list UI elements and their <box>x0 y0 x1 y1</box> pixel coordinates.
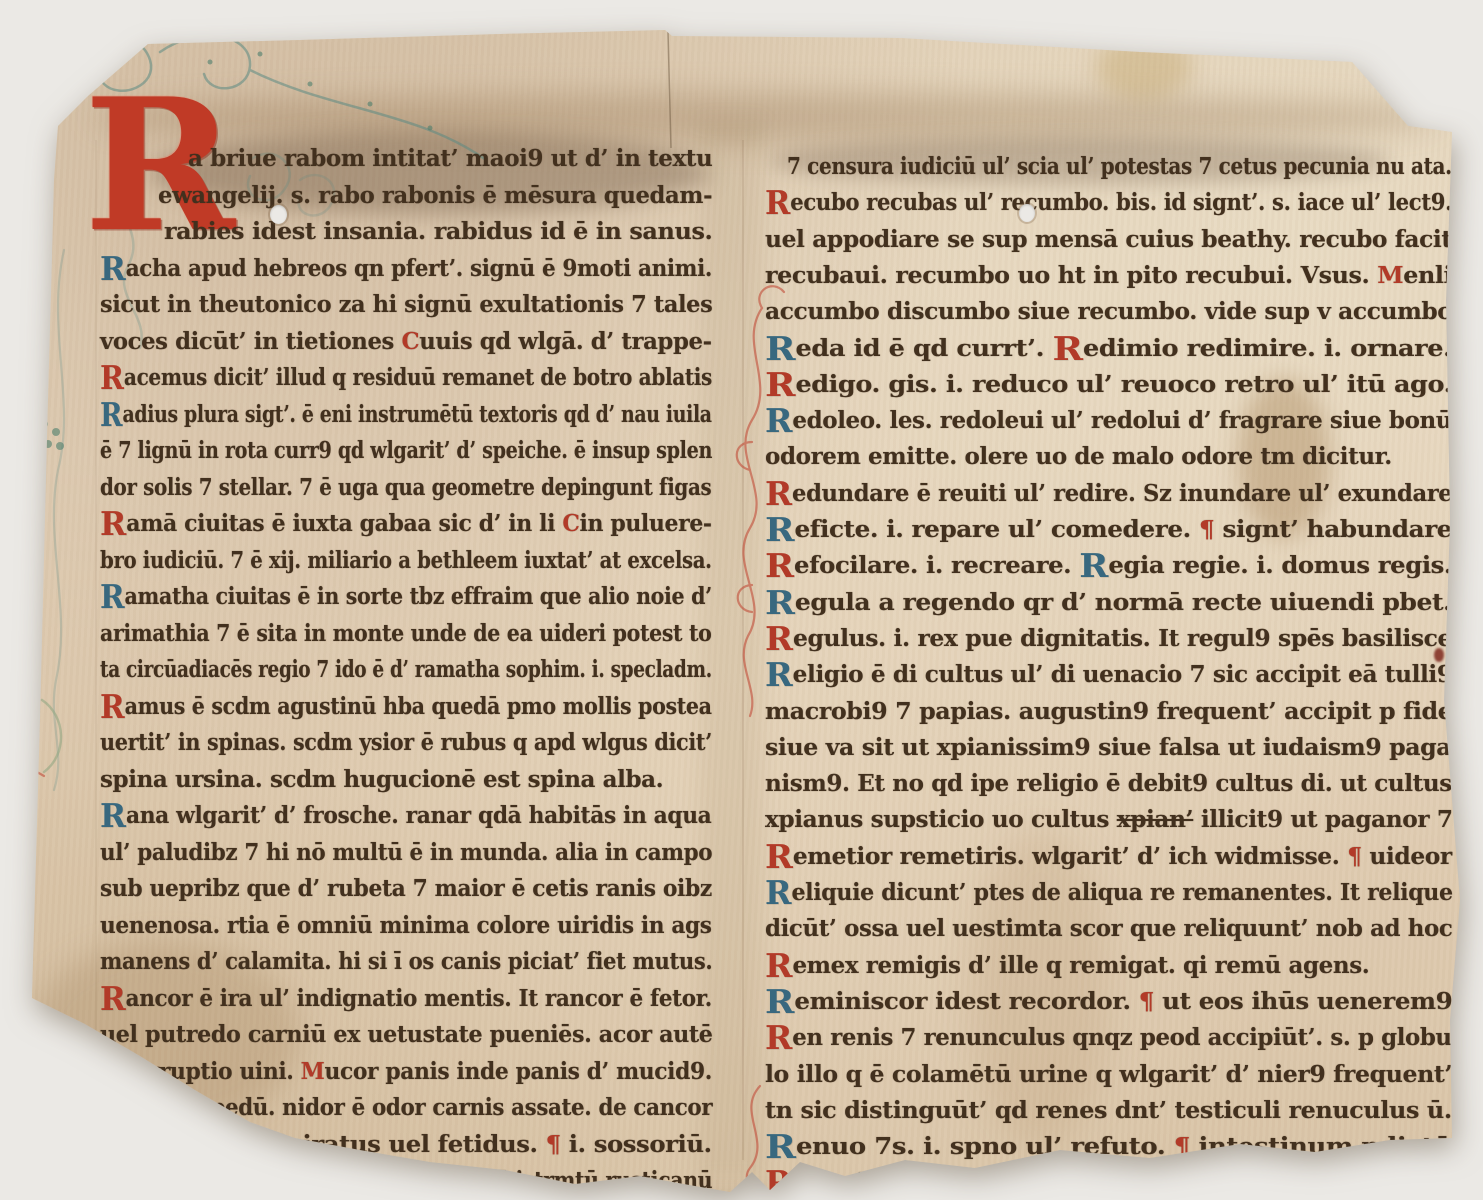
manuscript-line: Reminiscor idest recordor. ¶ ut eos ihūs… <box>765 984 1452 1020</box>
entry-initial: R <box>407 1161 431 1200</box>
text-segment: manens d’ calamita. hi si ī os canis pic… <box>100 948 712 975</box>
entry-initial: R <box>100 979 126 1018</box>
text-segment: bro iudiciū. 7 ē xij. miliario a bethlee… <box>100 547 712 574</box>
manuscript-line: Ramatha ciuitas ē in sorte tbz effraim q… <box>100 579 712 615</box>
text-segment: acha apud hebreos qn pfert’. signū ē 9mo… <box>126 255 712 282</box>
manuscript-line: Repandus id ē qd recuru9 cui9. s. curuat… <box>765 1165 1452 1200</box>
text-segment: egulus. i. rex pue dignitatis. It regul9… <box>793 625 1452 652</box>
text-segment: M <box>1377 262 1403 289</box>
text-segment: epandus id ē qd recuru9 cui9. s. curuata… <box>792 1169 1452 1196</box>
text-segment: xpianus supsticio uo cultus <box>765 806 1117 833</box>
manuscript-line: uertit’ in spinas. scdm ysior ē rubus q … <box>100 725 712 761</box>
entry-initial: R <box>765 619 793 658</box>
text-segment: ē 7 lignū in rota curr9 qd wlgarit’ d’ s… <box>100 437 712 464</box>
manuscript-line: uenenosa. rtia ē omniū minima colore uir… <box>100 908 712 944</box>
text-segment: uuis qd wlgā. d’ trappe- <box>419 328 711 355</box>
manuscript-line: i. celerit ul’ uiolent’. Rastrū ē istrmt… <box>172 1163 712 1199</box>
manuscript-line: lo illo q ē colamētū urine q wlgarit’ d’… <box>765 1057 1452 1093</box>
manuscript-photo: R a briue rabom intitat’ maoi9 ut d’ in … <box>0 0 1483 1200</box>
entry-initial: R <box>765 401 792 440</box>
text-segment: sicut in theutonico za hi signū exultati… <box>100 291 712 318</box>
manuscript-line: ut rancidus. i. iratus uel fetidus. ¶ i.… <box>110 1127 712 1163</box>
manuscript-line: a briue rabom intitat’ maoi9 ut d’ in te… <box>188 141 712 177</box>
text-segment: a briue rabom intitat’ maoi9 ut d’ in te… <box>188 145 712 172</box>
text-segment: amus ē scdm agustinū hba quedā pmo molli… <box>125 693 712 720</box>
manuscript-line: Reficte. i. repare ul’ comedere. ¶ signt… <box>765 512 1452 548</box>
manuscript-line: odorem emitte. olere uo de malo odore tm… <box>765 439 1392 475</box>
manuscript-line: Rancor ē ira ul’ indignatio mentis. It r… <box>100 981 712 1017</box>
text-segment: ut rancidus. i. iratus uel fetidus. <box>110 1131 546 1158</box>
text-segment: ¶ <box>1347 843 1361 870</box>
text-segment: eliquie dicunt’ ptes de aliqua re remane… <box>791 879 1452 906</box>
manuscript-line: Radius plura sigt’. ē eni instrumētū tex… <box>100 397 712 433</box>
text-segment: uideor <box>1362 843 1452 870</box>
text-segment: ewangelij. s. rabo rabonis ē mēsura qued… <box>158 182 712 209</box>
entry-initial: R <box>1053 329 1084 368</box>
text-segment: edoleo. les. redoleui ul’ redolui d’ fra… <box>792 407 1452 434</box>
manuscript-line: dor ē fetor pedū. nidor ē odor carnis as… <box>80 1090 712 1126</box>
manuscript-line: macrobi9 7 papias. augustin9 frequent’ a… <box>765 694 1452 730</box>
text-segment: rabies idest insania. rabidus id ē in sa… <box>164 218 712 245</box>
text-segment: enli <box>1403 262 1452 289</box>
text-segment: uel appodiare se sup mensā cuius beathy.… <box>765 226 1452 253</box>
entry-initial: R <box>765 510 794 549</box>
text-segment: C <box>402 328 420 355</box>
entry-initial: R <box>765 183 790 222</box>
manuscript-line: ē corruptio uini. Mucor panis inde panis… <box>100 1054 712 1090</box>
text-segment: uel putredo carniū ex uetustate pueniēs.… <box>100 1021 713 1048</box>
text-segment: M <box>301 1058 325 1085</box>
text-segment: ē corruptio uini. <box>100 1058 301 1085</box>
text-segment: amā ciuitas ē iuxta gabaa sic d’ in li <box>126 510 562 537</box>
text-segment: lo illo q ē colamētū urine q wlgarit’ d’… <box>765 1061 1452 1088</box>
text-segment: ecubo recubas ul’ recumbo. bis. id signt… <box>790 189 1452 216</box>
manuscript-line: Remetior remetiris. wlgarit’ d’ ich widm… <box>765 839 1452 875</box>
text-segment: xpian’ <box>1117 806 1193 833</box>
manuscript-line: Racha apud hebreos qn pfert’. signū ē 9m… <box>100 251 712 287</box>
manuscript-line: rabies idest insania. rabidus id ē in sa… <box>164 214 712 250</box>
entry-initial: R <box>100 358 124 397</box>
text-segment: egula a regendo qr d’ normā recte uiuend… <box>795 589 1452 616</box>
manuscript-line: Renuo 7s. i. spno ul’ refuto. ¶ intestin… <box>765 1129 1452 1165</box>
text-segment: efocilare. i. recreare. <box>794 552 1079 579</box>
manuscript-line: Redoleo. les. redoleui ul’ redolui d’ fr… <box>765 403 1452 439</box>
entry-initial: R <box>1079 546 1108 585</box>
entry-initial: R <box>100 796 126 835</box>
manuscript-line: dicūt’ ossa uel uestimta scor que reliqu… <box>765 911 1452 947</box>
manuscript-line: sicut in theutonico za hi signū exultati… <box>100 287 712 323</box>
manuscript-line: Religio ē di cultus ul’ di uenacio 7 sic… <box>765 657 1453 693</box>
wormhole <box>270 205 287 224</box>
text-segment: adius plura sigt’. ē eni instrumētū text… <box>122 401 711 428</box>
entry-initial: R <box>765 982 794 1021</box>
text-segment: i. sossoriū. <box>561 1131 712 1158</box>
text-segment: acemus dicit’ illud q residuū remanet de… <box>124 364 712 391</box>
manuscript-line: nism9. Et no qd ipe religio ē debit9 cul… <box>765 766 1452 802</box>
text-segment: in puluere- <box>579 510 711 537</box>
manuscript-line: ewangelij. s. rabo rabonis ē mēsura qued… <box>158 178 712 214</box>
text-segment: amatha ciuitas ē in sorte tbz effraim qu… <box>125 583 712 610</box>
text-segment: ana wlgarit’ d’ frosche. ranar qdā habit… <box>126 802 711 829</box>
manuscript-line: ul’ paludibz 7 hi nō multū ē in munda. a… <box>100 835 712 871</box>
text-segment: edimio redimire. i. ornare. <box>1083 335 1451 362</box>
text-segment: nism9. Et no qd ipe religio ē debit9 cul… <box>765 770 1452 797</box>
manuscript-line: Remex remigis d’ ille q remigat. qi remū… <box>765 948 1369 984</box>
manuscript-line: sub uepribz que d’ rubeta 7 maior ē ceti… <box>100 871 712 907</box>
wormhole <box>1019 204 1035 222</box>
entry-initial: R <box>100 687 125 726</box>
text-segment: astrū ē istrmtū rusticanū <box>431 1167 712 1194</box>
text-segment: ¶ <box>1174 1133 1190 1160</box>
manuscript-line: accumbo discumbo siue recumbo. vide sup … <box>765 294 1452 330</box>
entry-initial: R <box>765 655 793 694</box>
text-segment: tn sic distinguūt’ qd renes dnt’ testicu… <box>765 1097 1452 1124</box>
entry-initial: R <box>765 1018 792 1057</box>
text-segment: emex remigis d’ ille q remigat. qi remū … <box>792 952 1369 979</box>
text-segment: ¶ <box>1199 516 1214 543</box>
text-segment: dor ē fetor pedū. nidor ē odor carnis as… <box>80 1094 712 1121</box>
manuscript-line: tn sic distinguūt’ qd renes dnt’ testicu… <box>765 1093 1452 1129</box>
text-segment: dicūt’ ossa uel uestimta scor que reliqu… <box>765 915 1452 942</box>
text-segment: eminiscor idest recordor. <box>794 988 1138 1015</box>
text-segment: eligio ē di cultus ul’ di uenacio 7 sic … <box>793 661 1453 688</box>
text-segment: edundare ē reuiti ul’ redire. Sz inundar… <box>792 480 1452 507</box>
manuscript-line: Ramā ciuitas ē iuxta gabaa sic d’ in li … <box>100 506 712 542</box>
text-segment: signt’ habundare <box>1214 516 1452 543</box>
manuscript-line: manens d’ calamita. hi si ī os canis pic… <box>100 944 712 980</box>
text-segment: edigo. gis. i. reduco ul’ reuoco retro u… <box>795 371 1452 398</box>
manuscript-line: uel appodiare se sup mensā cuius beathy.… <box>765 222 1452 258</box>
text-segment: intestinum pdictū <box>1190 1133 1452 1160</box>
text-segment: dor solis 7 stellar. 7 ē uga qua geometr… <box>100 474 711 501</box>
text-segment: siue va sit ut xpianissim9 siue falsa ut… <box>765 734 1451 761</box>
entry-initial: R <box>100 395 122 434</box>
manuscript-line: siue va sit ut xpianissim9 siue falsa ut… <box>765 730 1451 766</box>
manuscript-line: spina ursina. scdm hugucionē est spina a… <box>100 762 663 798</box>
text-segment: eda id ē qd currt’. <box>796 335 1053 362</box>
manuscript-line: Ramus ē scdm agustinū hba quedā pmo moll… <box>100 689 712 725</box>
manuscript-line: Redigo. gis. i. reduco ul’ reuoco retro … <box>765 367 1452 403</box>
text-segment: enuo 7s. i. spno ul’ refuto. <box>796 1133 1174 1160</box>
text-segment: accumbo discumbo siue recumbo. vide sup … <box>765 298 1452 325</box>
entry-initial: R <box>765 474 792 513</box>
entry-initial: R <box>765 873 791 912</box>
manuscript-line: bro iudiciū. 7 ē xij. miliario a bethlee… <box>100 543 712 579</box>
text-segment: illicit9 ut paganor 7 <box>1193 806 1452 833</box>
text-segment: sub uepribz que d’ rubeta 7 maior ē ceti… <box>100 875 712 902</box>
manuscript-line: Regula a regendo qr d’ normā recte uiuen… <box>765 585 1451 621</box>
text-segment: spina ursina. scdm hugucionē est spina a… <box>100 766 663 793</box>
entry-initial: R <box>765 1163 792 1200</box>
text-segment: uenenosa. rtia ē omniū minima colore uir… <box>100 912 712 939</box>
text-segment: egia regie. i. domus regis. <box>1108 552 1452 579</box>
manuscript-line: Racemus dicit’ illud q residuū remanet d… <box>100 360 712 396</box>
text-segment: recubaui. recumbo uo ht in pito recubui.… <box>765 262 1377 289</box>
text-segment: ancor ē ira ul’ indignatio mentis. It ra… <box>126 985 712 1012</box>
manuscript-line: voces dicūt’ in tietiones Cuuis qd wlgā.… <box>100 324 712 360</box>
entry-initial: R <box>765 583 795 622</box>
text-segment: en renis 7 renunculus qnqz peod accipiūt… <box>792 1024 1451 1051</box>
text-segment: ¶ <box>546 1131 561 1158</box>
entry-initial: R <box>765 946 792 985</box>
manuscript-line: dor solis 7 stellar. 7 ē uga qua geometr… <box>100 470 711 506</box>
manuscript-line: recubaui. recumbo uo ht in pito recubui.… <box>765 258 1452 294</box>
manuscript-line: uel putredo carniū ex uetustate pueniēs.… <box>100 1017 713 1053</box>
manuscript-line: 7 censura iudiciū ul’ scia ul’ potestas … <box>787 149 1452 185</box>
text-segment: ¶ <box>1139 988 1154 1015</box>
text-segment: arimathia 7 ē sita in monte unde de ea u… <box>100 620 711 647</box>
entry-initial: R <box>100 504 126 543</box>
entry-initial: R <box>765 837 793 876</box>
text-segment: ut eos ihūs uenerem9 <box>1154 988 1452 1015</box>
manuscript-line: Regulus. i. rex pue dignitatis. It regul… <box>765 621 1452 657</box>
entry-initial: R <box>100 249 126 288</box>
text-segment: eficte. i. repare ul’ comedere. <box>794 516 1198 543</box>
text-segment: C <box>562 510 579 537</box>
manuscript-line: Recubo recubas ul’ recumbo. bis. id sign… <box>765 185 1452 221</box>
manuscript-line: Reda id ē qd currt’. Redimio redimire. i… <box>765 331 1452 367</box>
text-segment: emetior remetiris. wlgarit’ d’ ich widmi… <box>793 843 1347 870</box>
manuscript-line: Reliquie dicunt’ ptes de aliqua re reman… <box>765 875 1453 911</box>
parchment-leaf-wrapper: R a briue rabom intitat’ maoi9 ut d’ in … <box>0 0 1483 1200</box>
manuscript-line: ē 7 lignū in rota curr9 qd wlgarit’ d’ s… <box>100 433 712 469</box>
manuscript-line: Rana wlgarit’ d’ frosche. ranar qdā habi… <box>100 798 711 834</box>
manuscript-line: ta circūadiacēs regio 7 ido ē d’ ramatha… <box>100 652 712 688</box>
manuscript-line: Refocilare. i. recreare. Regia regie. i.… <box>765 548 1452 584</box>
parchment-leaf: R a briue rabom intitat’ maoi9 ut d’ in … <box>0 0 1483 1200</box>
text-segment: 7 censura iudiciū ul’ scia ul’ potestas … <box>787 153 1452 180</box>
text-segment: voces dicūt’ in tietiones <box>100 328 402 355</box>
entry-initial: R <box>765 1127 796 1166</box>
text-segment: macrobi9 7 papias. augustin9 frequent’ a… <box>765 698 1452 725</box>
entry-initial: R <box>765 329 796 368</box>
entry-initial: R <box>100 577 125 616</box>
manuscript-line: Ren renis 7 renunculus qnqz peod accipiū… <box>765 1020 1452 1056</box>
text-segment: i. celerit ul’ uiolent’. <box>172 1167 407 1194</box>
text-segment: ucor panis inde panis d’ mucid9. <box>324 1058 712 1085</box>
text-segment: ta circūadiacēs regio 7 ido ē d’ ramatha… <box>100 656 712 683</box>
entry-initial: R <box>765 365 795 404</box>
text-segment: uertit’ in spinas. scdm ysior ē rubus q … <box>100 729 712 756</box>
text-segment: odorem emitte. olere uo de malo odore tm… <box>765 443 1392 470</box>
entry-initial: R <box>765 546 794 585</box>
manuscript-line: arimathia 7 ē sita in monte unde de ea u… <box>100 616 711 652</box>
manuscript-line: Redundare ē reuiti ul’ redire. Sz inunda… <box>765 476 1452 512</box>
text-segment: ul’ paludibz 7 hi nō multū ē in munda. a… <box>100 839 712 866</box>
manuscript-line: xpianus supsticio uo cultus xpian’ illic… <box>765 802 1453 838</box>
